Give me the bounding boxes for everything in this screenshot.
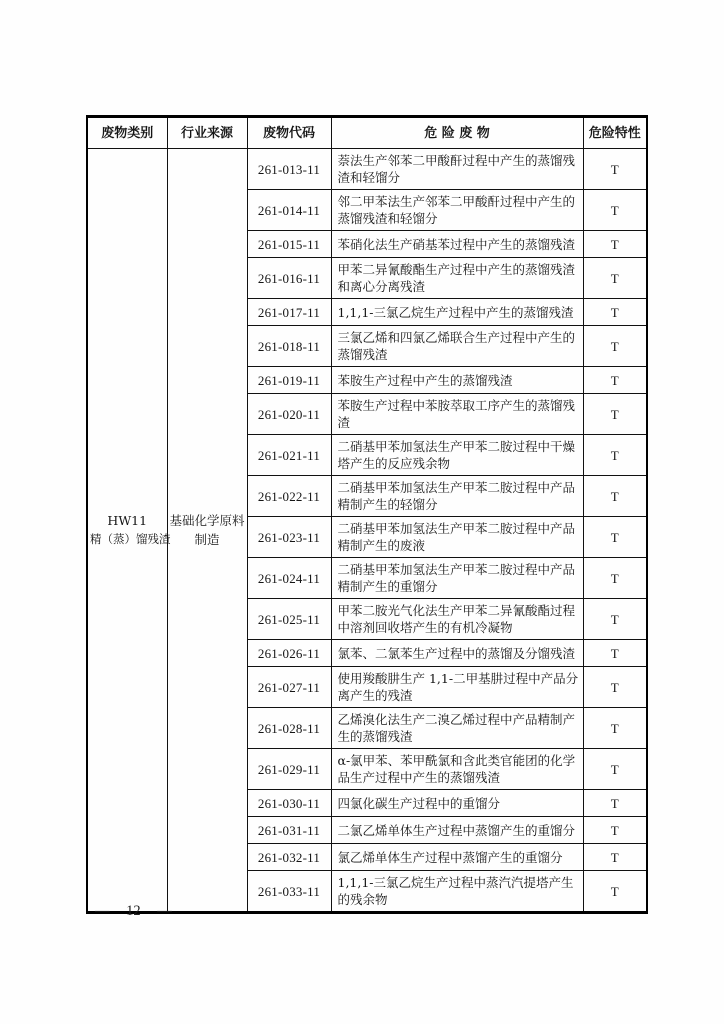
waste-code-cell: 261-030-11 — [247, 790, 331, 817]
hazard-desc-cell: 四氯化碳生产过程中的重馏分 — [331, 790, 583, 817]
waste-code-cell: 261-015-11 — [247, 231, 331, 258]
waste-code-cell: 261-028-11 — [247, 708, 331, 749]
waste-code-cell: 261-032-11 — [247, 844, 331, 871]
waste-code-cell: 261-020-11 — [247, 394, 331, 435]
hazard-char-cell: T — [583, 367, 647, 394]
industry-source-cell: 基础化学原料制造 — [167, 149, 247, 913]
hazard-desc-cell: 苯硝化法生产硝基苯过程中产生的蒸馏残渣 — [331, 231, 583, 258]
hazard-desc-cell: 二硝基甲苯加氢法生产甲苯二胺过程中干燥塔产生的反应残余物 — [331, 435, 583, 476]
hazard-desc-cell: 氯乙烯单体生产过程中蒸馏产生的重馏分 — [331, 844, 583, 871]
hazard-desc-cell: 乙烯溴化法生产二溴乙烯过程中产品精制产生的蒸馏残渣 — [331, 708, 583, 749]
hazard-char-cell: T — [583, 231, 647, 258]
hazard-desc-cell: 苯胺生产过程中苯胺萃取工序产生的蒸馏残渣 — [331, 394, 583, 435]
hazard-desc-cell: 三氯乙烯和四氯乙烯联合生产过程中产生的蒸馏残渣 — [331, 326, 583, 367]
hazard-char-cell: T — [583, 326, 647, 367]
header-hazardous-waste: 危 险 废 物 — [331, 117, 583, 149]
hazard-char-cell: T — [583, 435, 647, 476]
waste-category-name: 精（蒸）馏残渣 — [90, 530, 165, 549]
hazard-char-cell: T — [583, 667, 647, 708]
hazard-desc-cell: 苯胺生产过程中产生的蒸馏残渣 — [331, 367, 583, 394]
hazard-char-cell: T — [583, 190, 647, 231]
waste-code-cell: 261-026-11 — [247, 640, 331, 667]
hazard-char-cell: T — [583, 749, 647, 790]
hazard-desc-cell: 甲苯二异氰酸酯生产过程中产生的蒸馏残渣和离心分离残渣 — [331, 258, 583, 299]
table-body: HW11 精（蒸）馏残渣 基础化学原料制造 261-013-11 萘法生产邻苯二… — [87, 149, 647, 913]
waste-code-cell: 261-024-11 — [247, 558, 331, 599]
hazard-desc-cell: 1,1,1-三氯乙烷生产过程中产生的蒸馏残渣 — [331, 299, 583, 326]
hazard-char-cell: T — [583, 871, 647, 913]
hazard-char-cell: T — [583, 476, 647, 517]
hazard-desc-cell: 邻二甲苯法生产邻苯二甲酸酐过程中产生的蒸馏残渣和轻馏分 — [331, 190, 583, 231]
header-row: 废物类别 行业来源 废物代码 危 险 废 物 危险特性 — [87, 117, 647, 149]
waste-code-cell: 261-019-11 — [247, 367, 331, 394]
hazardous-waste-table: 废物类别 行业来源 废物代码 危 险 废 物 危险特性 HW11 精（蒸）馏残渣… — [86, 115, 648, 914]
hazard-desc-cell: α-氯甲苯、苯甲酰氯和含此类官能团的化学品生产过程中产生的蒸馏残渣 — [331, 749, 583, 790]
hazard-char-cell: T — [583, 640, 647, 667]
hazard-desc-cell: 二硝基甲苯加氢法生产甲苯二胺过程中产品精制产生的重馏分 — [331, 558, 583, 599]
hazard-char-cell: T — [583, 558, 647, 599]
hazard-desc-cell: 二氯乙烯单体生产过程中蒸馏产生的重馏分 — [331, 817, 583, 844]
page-number: — 12 — — [95, 903, 172, 920]
header-waste-code: 废物代码 — [247, 117, 331, 149]
hazard-desc-cell: 二硝基甲苯加氢法生产甲苯二胺过程中产品精制产生的轻馏分 — [331, 476, 583, 517]
hazard-desc-cell: 甲苯二胺光气化法生产甲苯二异氰酸酯过程中溶剂回收塔产生的有机冷凝物 — [331, 599, 583, 640]
hazard-desc-cell: 二硝基甲苯加氢法生产甲苯二胺过程中产品精制产生的废液 — [331, 517, 583, 558]
waste-code-cell: 261-031-11 — [247, 817, 331, 844]
waste-code-cell: 261-016-11 — [247, 258, 331, 299]
waste-category-cell: HW11 精（蒸）馏残渣 — [87, 149, 167, 913]
waste-code-cell: 261-017-11 — [247, 299, 331, 326]
hazard-char-cell: T — [583, 844, 647, 871]
table-header: 废物类别 行业来源 废物代码 危 险 废 物 危险特性 — [87, 117, 647, 149]
waste-code-cell: 261-027-11 — [247, 667, 331, 708]
header-industry-source: 行业来源 — [167, 117, 247, 149]
waste-code-cell: 261-014-11 — [247, 190, 331, 231]
hazard-desc-cell: 1,1,1-三氯乙烷生产过程中蒸汽汽提塔产生的残余物 — [331, 871, 583, 913]
hazard-char-cell: T — [583, 517, 647, 558]
waste-code-cell: 261-025-11 — [247, 599, 331, 640]
waste-code-cell: 261-023-11 — [247, 517, 331, 558]
hazard-desc-cell: 萘法生产邻苯二甲酸酐过程中产生的蒸馏残渣和轻馏分 — [331, 149, 583, 190]
hazard-char-cell: T — [583, 149, 647, 190]
waste-code-cell: 261-013-11 — [247, 149, 331, 190]
waste-category-code: HW11 — [90, 511, 165, 530]
hazard-desc-cell: 使用羧酸肼生产 1,1-二甲基肼过程中产品分离产生的残渣 — [331, 667, 583, 708]
hazard-char-cell: T — [583, 599, 647, 640]
hazard-char-cell: T — [583, 790, 647, 817]
hazard-char-cell: T — [583, 258, 647, 299]
waste-code-cell: 261-018-11 — [247, 326, 331, 367]
waste-code-cell: 261-021-11 — [247, 435, 331, 476]
table-row: HW11 精（蒸）馏残渣 基础化学原料制造 261-013-11 萘法生产邻苯二… — [87, 149, 647, 190]
waste-code-cell: 261-029-11 — [247, 749, 331, 790]
hazard-char-cell: T — [583, 394, 647, 435]
header-hazard-characteristic: 危险特性 — [583, 117, 647, 149]
header-waste-category: 废物类别 — [87, 117, 167, 149]
waste-code-cell: 261-022-11 — [247, 476, 331, 517]
hazard-char-cell: T — [583, 708, 647, 749]
hazard-desc-cell: 氯苯、二氯苯生产过程中的蒸馏及分馏残渣 — [331, 640, 583, 667]
hazard-char-cell: T — [583, 299, 647, 326]
waste-code-cell: 261-033-11 — [247, 871, 331, 913]
hazard-char-cell: T — [583, 817, 647, 844]
document-page: 废物类别 行业来源 废物代码 危 险 废 物 危险特性 HW11 精（蒸）馏残渣… — [0, 0, 724, 1024]
